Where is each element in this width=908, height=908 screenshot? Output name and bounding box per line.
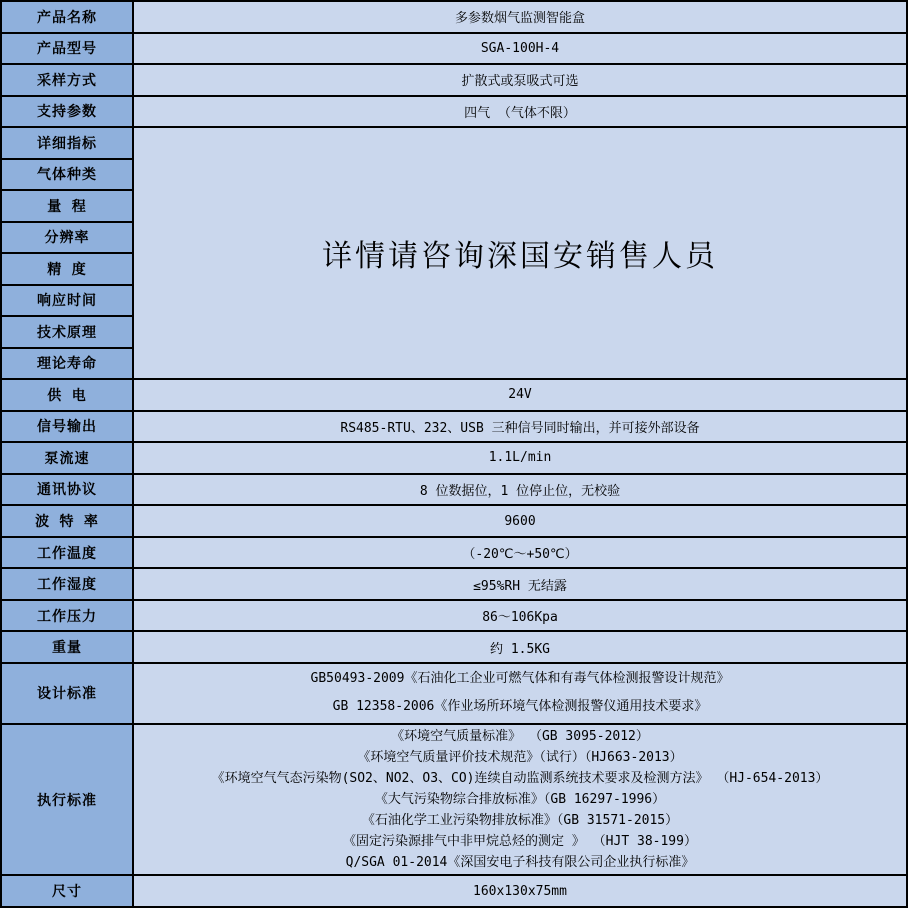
power-supply-label: 供 电 — [1, 379, 133, 411]
response-time-label: 响应时间 — [1, 285, 133, 317]
row-weight: 重量 约 1.5KG — [1, 631, 907, 663]
accuracy-label: 精 度 — [1, 253, 133, 285]
signal-output-label: 信号输出 — [1, 411, 133, 443]
row-working-pressure: 工作压力 86～106Kpa — [1, 600, 907, 632]
tech-principle-label: 技术原理 — [1, 316, 133, 348]
detail-index-label: 详细指标 — [1, 127, 133, 159]
range-label: 量 程 — [1, 190, 133, 222]
exec-standard-line: Q/SGA 01-2014《深国安电子科技有限公司企业执行标准》 — [138, 852, 902, 873]
row-supported-params: 支持参数 四气 （气体不限） — [1, 96, 907, 128]
row-product-model: 产品型号 SGA-100H-4 — [1, 33, 907, 65]
row-dimensions: 尺寸 160x130x75mm — [1, 875, 907, 907]
design-standard-line: GB 12358-2006《作业场所环境气体检测报警仪通用技术要求》 — [138, 693, 902, 721]
design-standard-line: GB50493-2009《石油化工企业可燃气体和有毒气体检测报警设计规范》 — [138, 665, 902, 693]
consult-note-cell: 详情请咨询深国安销售人员 — [133, 127, 907, 379]
weight-value: 约 1.5KG — [133, 631, 907, 663]
weight-label: 重量 — [1, 631, 133, 663]
product-spec-table: 产品名称 多参数烟气监测智能盒 产品型号 SGA-100H-4 采样方式 扩散式… — [0, 0, 908, 908]
consult-note-text: 详情请咨询深国安销售人员 — [322, 239, 718, 274]
comm-protocol-label: 通讯协议 — [1, 474, 133, 506]
row-design-standard: 设计标准 GB50493-2009《石油化工企业可燃气体和有毒气体检测报警设计规… — [1, 663, 907, 724]
working-humidity-label: 工作湿度 — [1, 568, 133, 600]
exec-standard-value: 《环境空气质量标准》 （GB 3095-2012） 《环境空气质量评价技术规范》… — [133, 724, 907, 876]
row-sampling-method: 采样方式 扩散式或泵吸式可选 — [1, 64, 907, 96]
working-pressure-label: 工作压力 — [1, 600, 133, 632]
sampling-method-value: 扩散式或泵吸式可选 — [133, 64, 907, 96]
exec-standard-line: 《环境空气气态污染物(SO2、NO2、O3、CO)连续自动监测系统技术要求及检测… — [138, 768, 902, 789]
product-name-label: 产品名称 — [1, 1, 133, 33]
design-standard-value: GB50493-2009《石油化工企业可燃气体和有毒气体检测报警设计规范》 GB… — [133, 663, 907, 724]
power-supply-value: 24V — [133, 379, 907, 411]
baud-rate-value: 9600 — [133, 505, 907, 537]
row-product-name: 产品名称 多参数烟气监测智能盒 — [1, 1, 907, 33]
row-comm-protocol: 通讯协议 8 位数据位，1 位停止位，无校验 — [1, 474, 907, 506]
row-working-temp: 工作温度 （-20℃～+50℃） — [1, 537, 907, 569]
exec-standard-label: 执行标准 — [1, 724, 133, 876]
exec-standard-line: 《固定污染源排气中非甲烷总烃的测定 》 （HJT 38-199） — [138, 831, 902, 852]
sampling-method-label: 采样方式 — [1, 64, 133, 96]
baud-rate-label: 波 特 率 — [1, 505, 133, 537]
comm-protocol-value: 8 位数据位，1 位停止位，无校验 — [133, 474, 907, 506]
row-detail-index: 详细指标 详情请咨询深国安销售人员 — [1, 127, 907, 159]
pump-flow-value: 1.1L/min — [133, 442, 907, 474]
row-signal-output: 信号输出 RS485-RTU、232、USB 三种信号同时输出，并可接外部设备 — [1, 411, 907, 443]
row-power-supply: 供 电 24V — [1, 379, 907, 411]
dimensions-label: 尺寸 — [1, 875, 133, 907]
resolution-label: 分辨率 — [1, 222, 133, 254]
working-pressure-value: 86～106Kpa — [133, 600, 907, 632]
product-name-value: 多参数烟气监测智能盒 — [133, 1, 907, 33]
supported-params-value: 四气 （气体不限） — [133, 96, 907, 128]
dimensions-value: 160x130x75mm — [133, 875, 907, 907]
product-model-value: SGA-100H-4 — [133, 33, 907, 65]
working-temp-label: 工作温度 — [1, 537, 133, 569]
row-baud-rate: 波 特 率 9600 — [1, 505, 907, 537]
gas-types-label: 气体种类 — [1, 159, 133, 191]
signal-output-value: RS485-RTU、232、USB 三种信号同时输出，并可接外部设备 — [133, 411, 907, 443]
exec-standard-line: 《大气污染物综合排放标准》（GB 16297-1996） — [138, 789, 902, 810]
exec-standard-line: 《环境空气质量评价技术规范》（试行）（HJ663-2013） — [138, 747, 902, 768]
pump-flow-label: 泵流速 — [1, 442, 133, 474]
working-temp-value: （-20℃～+50℃） — [133, 537, 907, 569]
row-pump-flow: 泵流速 1.1L/min — [1, 442, 907, 474]
product-model-label: 产品型号 — [1, 33, 133, 65]
exec-standard-line: 《环境空气质量标准》 （GB 3095-2012） — [138, 726, 902, 747]
theoretical-life-label: 理论寿命 — [1, 348, 133, 380]
supported-params-label: 支持参数 — [1, 96, 133, 128]
exec-standard-line: 《石油化学工业污染物排放标准》（GB 31571-2015） — [138, 810, 902, 831]
working-humidity-value: ≤95%RH 无结露 — [133, 568, 907, 600]
design-standard-label: 设计标准 — [1, 663, 133, 724]
row-exec-standard: 执行标准 《环境空气质量标准》 （GB 3095-2012） 《环境空气质量评价… — [1, 724, 907, 876]
row-working-humidity: 工作湿度 ≤95%RH 无结露 — [1, 568, 907, 600]
